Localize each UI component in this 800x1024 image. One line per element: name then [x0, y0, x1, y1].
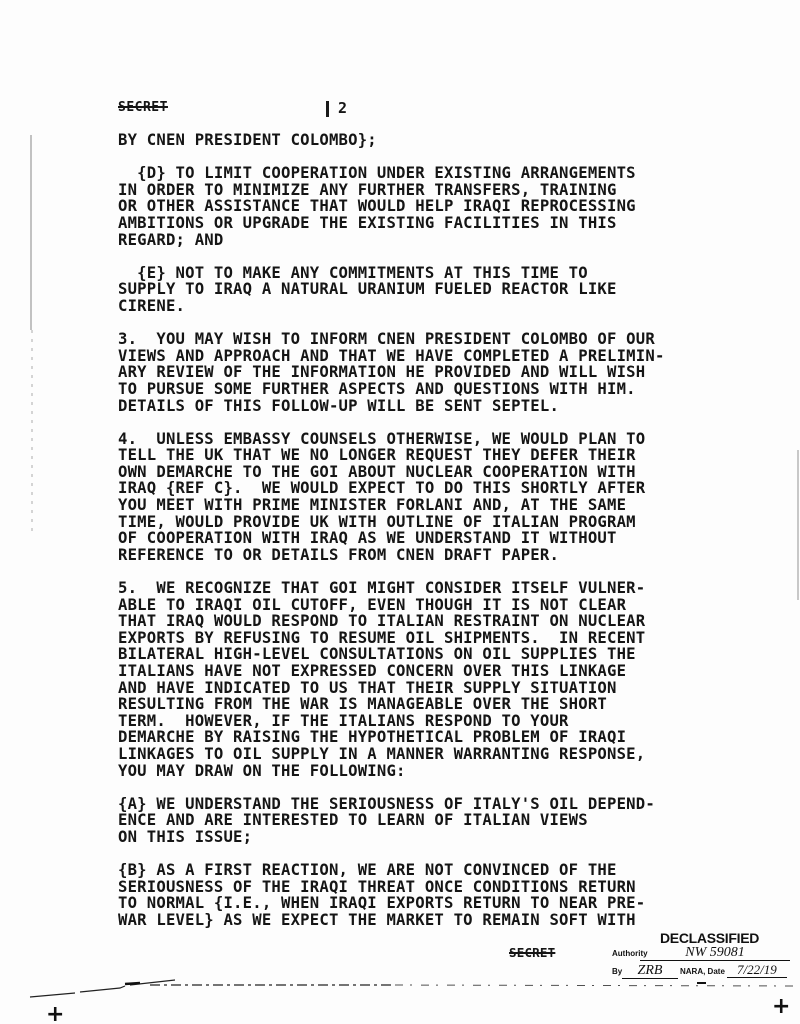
by-date-row: ByZRBNARA, Date7/22/19: [612, 963, 787, 979]
text-line: AMBITIONS OR UPGRADE THE EXISTING FACILI…: [118, 215, 678, 232]
text-line: OR OTHER ASSISTANCE THAT WOULD HELP IRAQ…: [118, 198, 678, 215]
text-line: SUPPLY TO IRAQ A NATURAL URANIUM FUELED …: [118, 281, 678, 298]
text-line: REGARD; AND: [118, 232, 678, 249]
by-value: ZRB: [622, 964, 678, 979]
text-line: LINKAGES TO OIL SUPPLY IN A MANNER WARRA…: [118, 746, 678, 763]
paragraph-item-b: {B} AS A FIRST REACTION, WE ARE NOT CONV…: [118, 862, 678, 928]
text-line: TO NORMAL {I.E., WHEN IRAQI EXPORTS RETU…: [118, 895, 678, 912]
text-line: TIME, WOULD PROVIDE UK WITH OUTLINE OF I…: [118, 514, 678, 531]
paragraph-para-4: 4. UNLESS EMBASSY COUNSELS OTHERWISE, WE…: [118, 431, 678, 564]
text-line: TERM. HOWEVER, IF THE ITALIANS RESPOND T…: [118, 713, 678, 730]
text-line: ARY REVIEW OF THE INFORMATION HE PROVIDE…: [118, 364, 678, 381]
page-number-bar: [326, 101, 329, 117]
classification-marking-header: SECRET: [118, 100, 168, 117]
text-line: YOU MAY DRAW ON THE FOLLOWING:: [118, 763, 678, 780]
date-value: 7/22/19: [727, 963, 787, 978]
text-line: THAT IRAQ WOULD RESPOND TO ITALIAN RESTR…: [118, 613, 678, 630]
text-line: BY CNEN PRESIDENT COLOMBO};: [118, 132, 678, 149]
declassification-stamp: DECLASSIFIED AuthorityNW 59081 ByZRBNARA…: [612, 930, 800, 982]
authority-value: NW 59081: [640, 946, 790, 961]
text-line: SERIOUSNESS OF THE IRAQI THREAT ONCE CON…: [118, 879, 678, 896]
text-line: AND HAVE INDICATED TO US THAT THEIR SUPP…: [118, 680, 678, 697]
text-line: DETAILS OF THIS FOLLOW-UP WILL BE SENT S…: [118, 398, 678, 415]
document-page: SECRET 2 BY CNEN PRESIDENT COLOMBO}; {D}…: [0, 0, 800, 1024]
by-label: By: [612, 967, 622, 976]
text-line: REFERENCE TO OR DETAILS FROM CNEN DRAFT …: [118, 547, 678, 564]
paragraph-item-a: {A} WE UNDERSTAND THE SERIOUSNESS OF ITA…: [118, 796, 678, 846]
paragraph-item-d: {D} TO LIMIT COOPERATION UNDER EXISTING …: [118, 165, 678, 248]
text-line: IN ORDER TO MINIMIZE ANY FURTHER TRANSFE…: [118, 182, 678, 199]
cable-body: BY CNEN PRESIDENT COLOMBO}; {D} TO LIMIT…: [118, 132, 678, 945]
text-line: 3. YOU MAY WISH TO INFORM CNEN PRESIDENT…: [118, 331, 678, 348]
text-line: ON THIS ISSUE;: [118, 829, 678, 846]
text-line: 4. UNLESS EMBASSY COUNSELS OTHERWISE, WE…: [118, 431, 678, 448]
text-line: ITALIANS HAVE NOT EXPRESSED CONCERN OVER…: [118, 663, 678, 680]
text-line: VIEWS AND APPROACH AND THAT WE HAVE COMP…: [118, 348, 678, 365]
text-line: ENCE AND ARE INTERESTED TO LEARN OF ITAL…: [118, 812, 678, 829]
text-line: OF COOPERATION WITH IRAQ AS WE UNDERSTAN…: [118, 530, 678, 547]
paragraph-para-5: 5. WE RECOGNIZE THAT GOI MIGHT CONSIDER …: [118, 580, 678, 779]
authority-row: AuthorityNW 59081: [612, 946, 790, 962]
text-line: RESULTING FROM THE WAR IS MANAGEABLE OVE…: [118, 696, 678, 713]
text-line: {D} TO LIMIT COOPERATION UNDER EXISTING …: [118, 165, 678, 182]
paragraph-para-3: 3. YOU MAY WISH TO INFORM CNEN PRESIDENT…: [118, 331, 678, 414]
text-line: YOU MEET WITH PRIME MINISTER FORLANI AND…: [118, 497, 678, 514]
text-line: ABLE TO IRAQI OIL CUTOFF, EVEN THOUGH IT…: [118, 597, 678, 614]
text-line: WAR LEVEL} AS WE EXPECT THE MARKET TO RE…: [118, 912, 678, 929]
text-line: BILATERAL HIGH-LEVEL CONSULTATIONS ON OI…: [118, 646, 678, 663]
text-line: CIRENE.: [118, 298, 678, 315]
text-line: 5. WE RECOGNIZE THAT GOI MIGHT CONSIDER …: [118, 580, 678, 597]
page-header: SECRET 2: [118, 100, 618, 120]
registration-mark-left: +: [46, 1004, 64, 1024]
text-line: TO PURSUE SOME FURTHER ASPECTS AND QUEST…: [118, 381, 678, 398]
registration-mark-right: +: [772, 996, 790, 1018]
text-line: IRAQ {REF C}. WE WOULD EXPECT TO DO THIS…: [118, 480, 678, 497]
text-line: DEMARCHE BY RAISING THE HYPOTHETICAL PRO…: [118, 729, 678, 746]
text-line: {A} WE UNDERSTAND THE SERIOUSNESS OF ITA…: [118, 796, 678, 813]
text-line: {B} AS A FIRST REACTION, WE ARE NOT CONV…: [118, 862, 678, 879]
authority-label: Authority: [612, 949, 640, 958]
text-line: EXPORTS BY REFUSING TO RESUME OIL SHIPME…: [118, 630, 678, 647]
text-line: OWN DEMARCHE TO THE GOI ABOUT NUCLEAR CO…: [118, 464, 678, 481]
nara-date-label: NARA, Date: [680, 967, 725, 976]
text-line: {E} NOT TO MAKE ANY COMMITMENTS AT THIS …: [118, 265, 678, 282]
text-line: TELL THE UK THAT WE NO LONGER REQUEST TH…: [118, 447, 678, 464]
classification-marking-footer: SECRET: [509, 945, 555, 962]
page-number: 2: [338, 100, 347, 117]
declassified-title: DECLASSIFIED: [660, 930, 759, 946]
bottom-fold-line: [30, 980, 175, 997]
paragraph-item-e: {E} NOT TO MAKE ANY COMMITMENTS AT THIS …: [118, 265, 678, 315]
paragraph-continuation: BY CNEN PRESIDENT COLOMBO};: [118, 132, 678, 149]
